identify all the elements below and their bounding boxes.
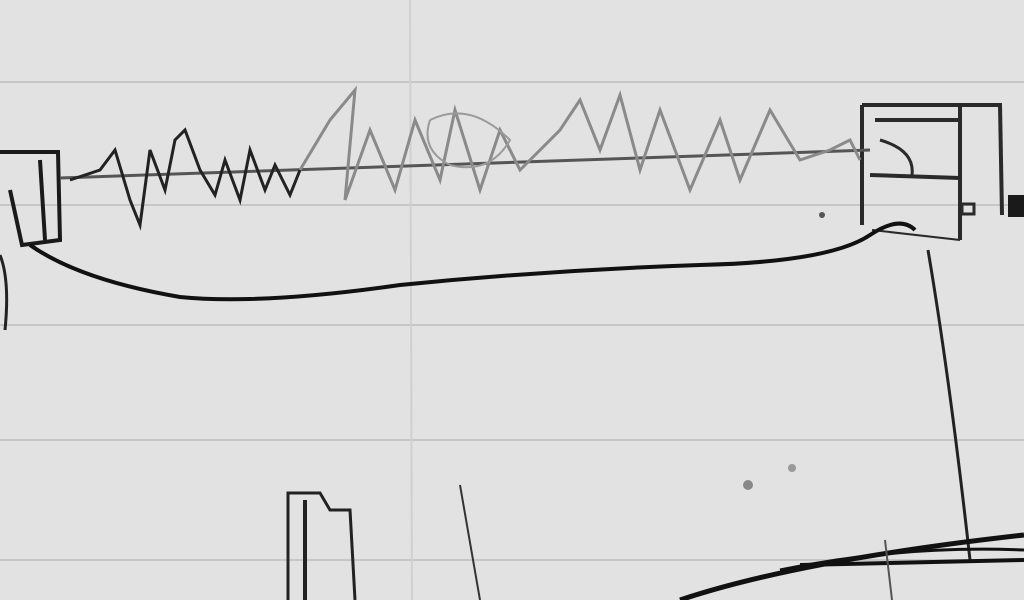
right-vertical-wire <box>928 250 970 560</box>
small-terminal <box>962 204 974 214</box>
left-edge-wire <box>0 255 7 330</box>
sketch-drawing <box>0 0 1024 600</box>
right-post <box>862 105 1002 240</box>
lower-wire <box>30 224 915 300</box>
sketch-sheet <box>0 0 1024 600</box>
bottom-lead <box>680 535 1024 600</box>
ruled-lines <box>0 0 1024 600</box>
coil-spring-faint <box>300 90 860 200</box>
left-post <box>0 152 60 245</box>
bottom-post <box>288 493 355 600</box>
axis-wire <box>60 150 870 178</box>
bottom-stroke <box>460 485 480 600</box>
